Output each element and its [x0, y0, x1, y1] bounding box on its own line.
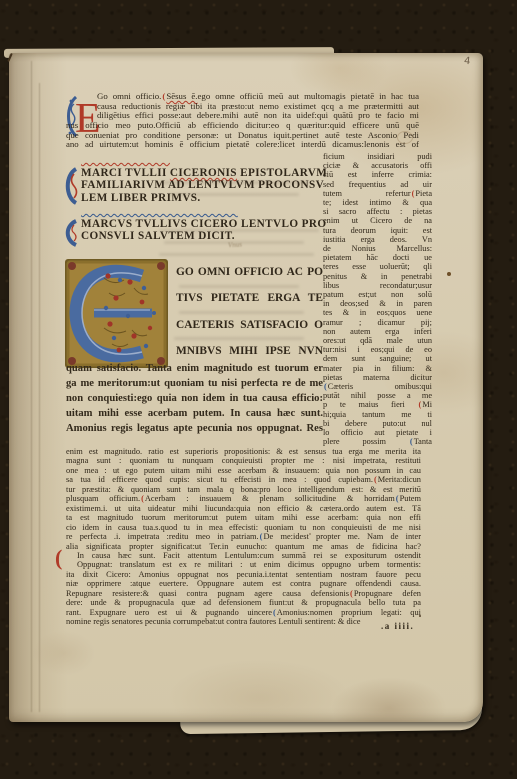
paper-speck: [447, 272, 451, 276]
show-through-ghost: [159, 253, 314, 256]
rubric-paren-mark: (: [55, 548, 62, 568]
incipit-text: quam satisfacio. Tanta enim magnitudo es…: [66, 361, 323, 436]
gutter-crease: [39, 83, 40, 712]
folio-number: 4: [463, 56, 470, 68]
paragraph-mark-icon: [62, 219, 78, 247]
incipit-capitals: GO OMNI OFFICIO AC POTIVS PIETATE ERGA T…: [176, 259, 323, 365]
quire-signature: .a iiii.: [381, 621, 414, 631]
salutation-heading: MARCVS TVLLIVS CICERO LENTVLO PROCONSVLI…: [81, 218, 319, 243]
paper-speck: [309, 533, 311, 535]
gutter-crease: [31, 61, 32, 712]
stain-ring: [397, 131, 413, 144]
marginal-scribble: Vnus: [228, 241, 243, 250]
commentary-block: enim est magnitudo. ratio est superioris…: [66, 447, 421, 627]
opening-paragraph-beside-initial: Go omni officio.(Sēsus ē.ego omne offici…: [97, 92, 419, 121]
ink-stroke-mark: [7, 53, 12, 62]
illuminated-initial-E-icon: [64, 258, 169, 369]
paragraph-mark-icon: [62, 167, 78, 205]
gloss-column: ficium insidiari pudiciciæ & accusatoris…: [323, 152, 432, 447]
opening-paragraph-full-width: nus officio meo puto.Officiū ab efficien…: [66, 121, 419, 150]
book-page: 4 E Go omni officio.(Sēsus ē.ego omne of…: [9, 53, 483, 722]
paper-speck: [419, 615, 421, 617]
chapter-heading: MARCI TVLLII CICERONIS EPISTOLARVMFAMILI…: [81, 167, 319, 204]
